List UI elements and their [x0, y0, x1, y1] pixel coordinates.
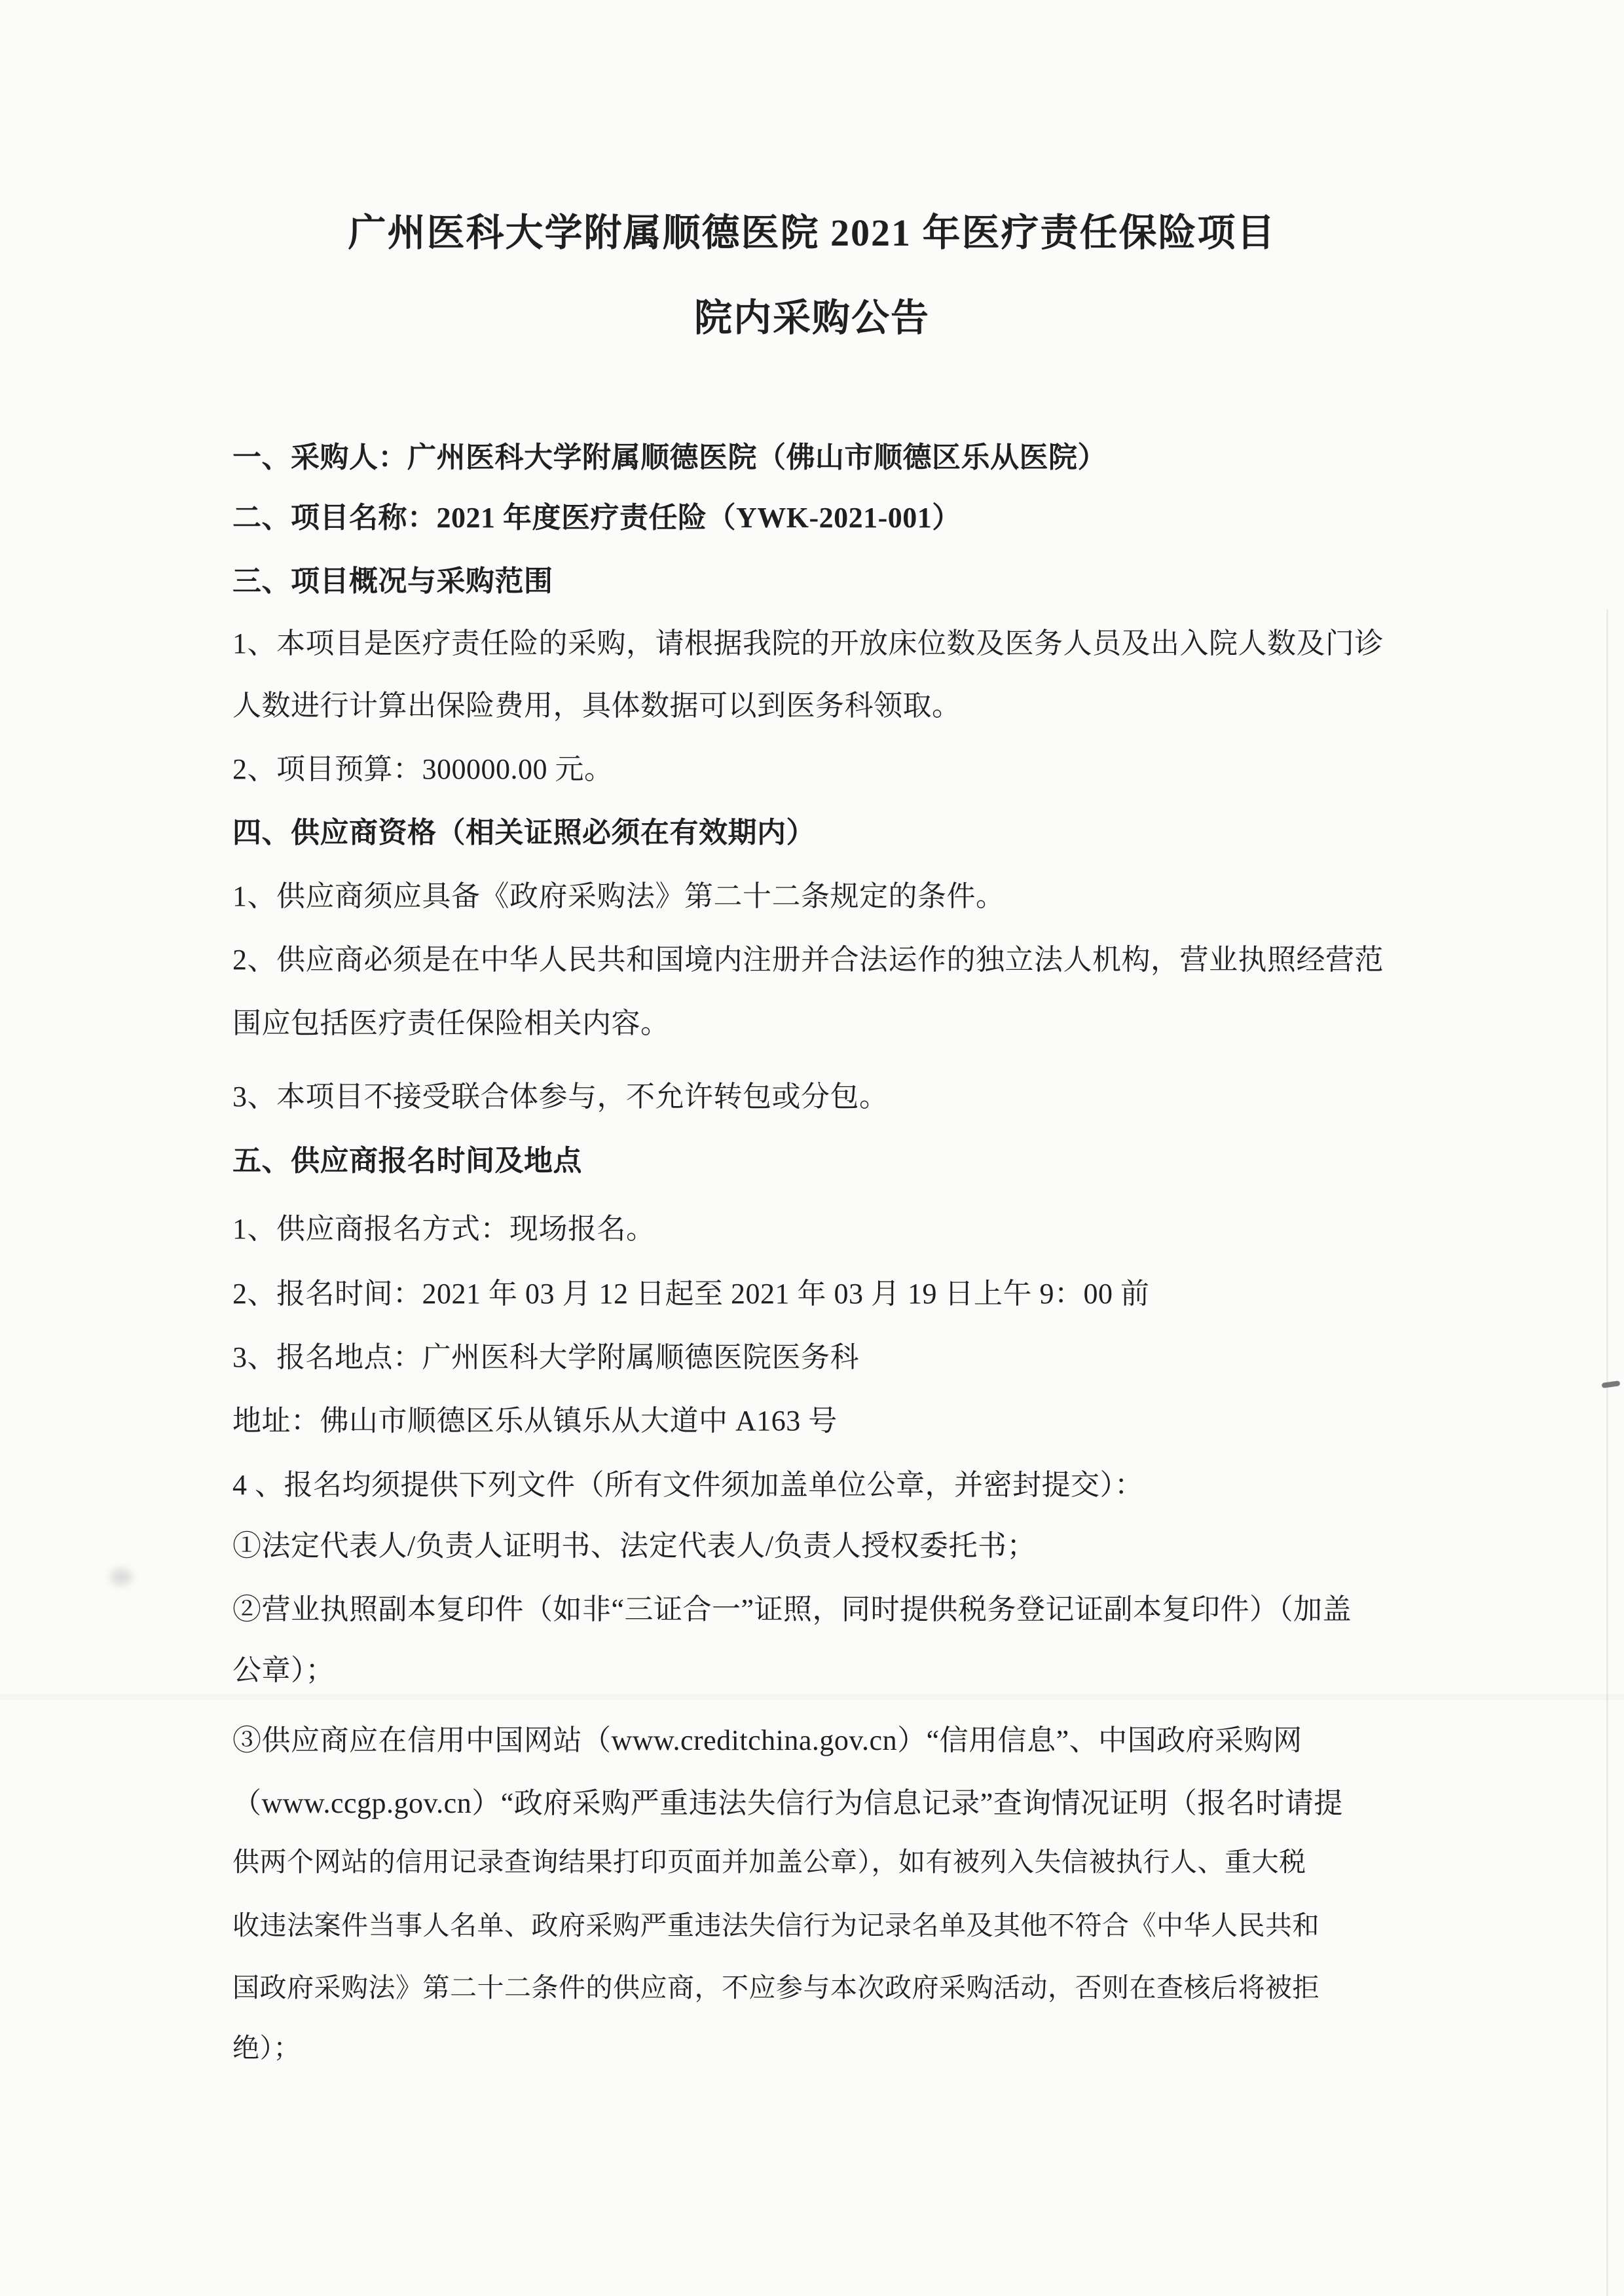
registration-place-line: 3、报名地点：广州医科大学附属顺德医院医务科 — [232, 1339, 859, 1375]
scan-dash-artifact — [1602, 1380, 1621, 1388]
document-item-3-line-6: 绝）； — [232, 2031, 301, 2065]
section-project-name-heading: 二、项目名称：2021 年度医疗责任险（YWK-2021-001） — [232, 500, 961, 536]
document-item-2-line-1: ②营业执照副本复印件（如非“三证合一”证照，同时提供税务登记证副本复印件）（加盖 — [232, 1591, 1352, 1627]
budget-line: 2、项目预算：300000.00 元。 — [232, 751, 614, 787]
scan-band-artifact — [0, 1694, 1624, 1700]
scan-edge-artifact — [1606, 609, 1608, 2296]
document-item-3-line-2: （www.ccgp.gov.cn）“政府采购严重违法失信行为信息记录”查询情况证… — [232, 1785, 1343, 1821]
qualification-item-3: 3、本项目不接受联合体参与，不允许转包或分包。 — [232, 1079, 889, 1115]
scan-smudge-artifact — [110, 1568, 132, 1585]
document-item-1: ①法定代表人/负责人证明书、法定代表人/负责人授权委托书； — [232, 1528, 1036, 1564]
qualification-item-2-line-2: 围应包括医疗责任保险相关内容。 — [232, 1005, 670, 1041]
registration-time-line: 2、报名时间：2021 年 03 月 12 日起至 2021 年 03 月 19… — [232, 1276, 1150, 1312]
document-item-3-line-1: ③供应商应在信用中国网站（www.creditchina.gov.cn）“信用信… — [232, 1722, 1302, 1758]
section-overview-heading: 三、项目概况与采购范围 — [232, 563, 553, 599]
address-line: 地址：佛山市顺德区乐从镇乐从大道中 A163 号 — [232, 1403, 838, 1439]
document-title-line-1: 广州医科大学附属顺德医院 2021 年医疗责任保险项目 — [0, 210, 1624, 257]
section-registration-heading: 五、供应商报名时间及地点 — [232, 1143, 582, 1179]
document-item-3-line-3: 供两个网站的信用记录查询结果打印页面并加盖公章），如有被列入失信被执行人、重大税 — [232, 1845, 1306, 1879]
project-desc-line-2: 人数进行计算出保险费用，具体数据可以到医务科领取。 — [232, 688, 961, 724]
required-documents-line: 4 、报名均须提供下列文件（所有文件须加盖单位公章，并密封提交）： — [232, 1467, 1144, 1503]
registration-method-line: 1、供应商报名方式：现场报名。 — [232, 1211, 655, 1247]
qualification-item-2-line-1: 2、供应商必须是在中华人民共和国境内注册并合法运作的独立法人机构，营业执照经营范 — [232, 942, 1384, 978]
section-buyer-heading: 一、采购人：广州医科大学附属顺德医院（佛山市顺德区乐从医院） — [232, 439, 1107, 475]
document-item-2-line-2: 公章）； — [232, 1652, 335, 1688]
project-desc-line-1: 1、本项目是医疗责任险的采购，请根据我院的开放床位数及医务人员及出入院人数及门诊 — [232, 625, 1384, 661]
document-title-line-2: 院内采购公告 — [0, 295, 1624, 343]
document-page: 广州医科大学附属顺德医院 2021 年医疗责任保险项目 院内采购公告 一、采购人… — [0, 0, 1624, 2296]
document-item-3-line-4: 收违法案件当事人名单、政府采购严重违法失信行为记录名单及其他不符合《中华人民共和 — [232, 1909, 1319, 1942]
section-qualification-heading: 四、供应商资格（相关证照必须在有效期内） — [232, 815, 815, 851]
qualification-item-1: 1、供应商须应具备《政府采购法》第二十二条规定的条件。 — [232, 878, 1005, 914]
document-item-3-line-5: 国政府采购法》第二十二条件的供应商，不应参与本次政府采购活动，否则在查核后将被拒 — [232, 1971, 1319, 2005]
